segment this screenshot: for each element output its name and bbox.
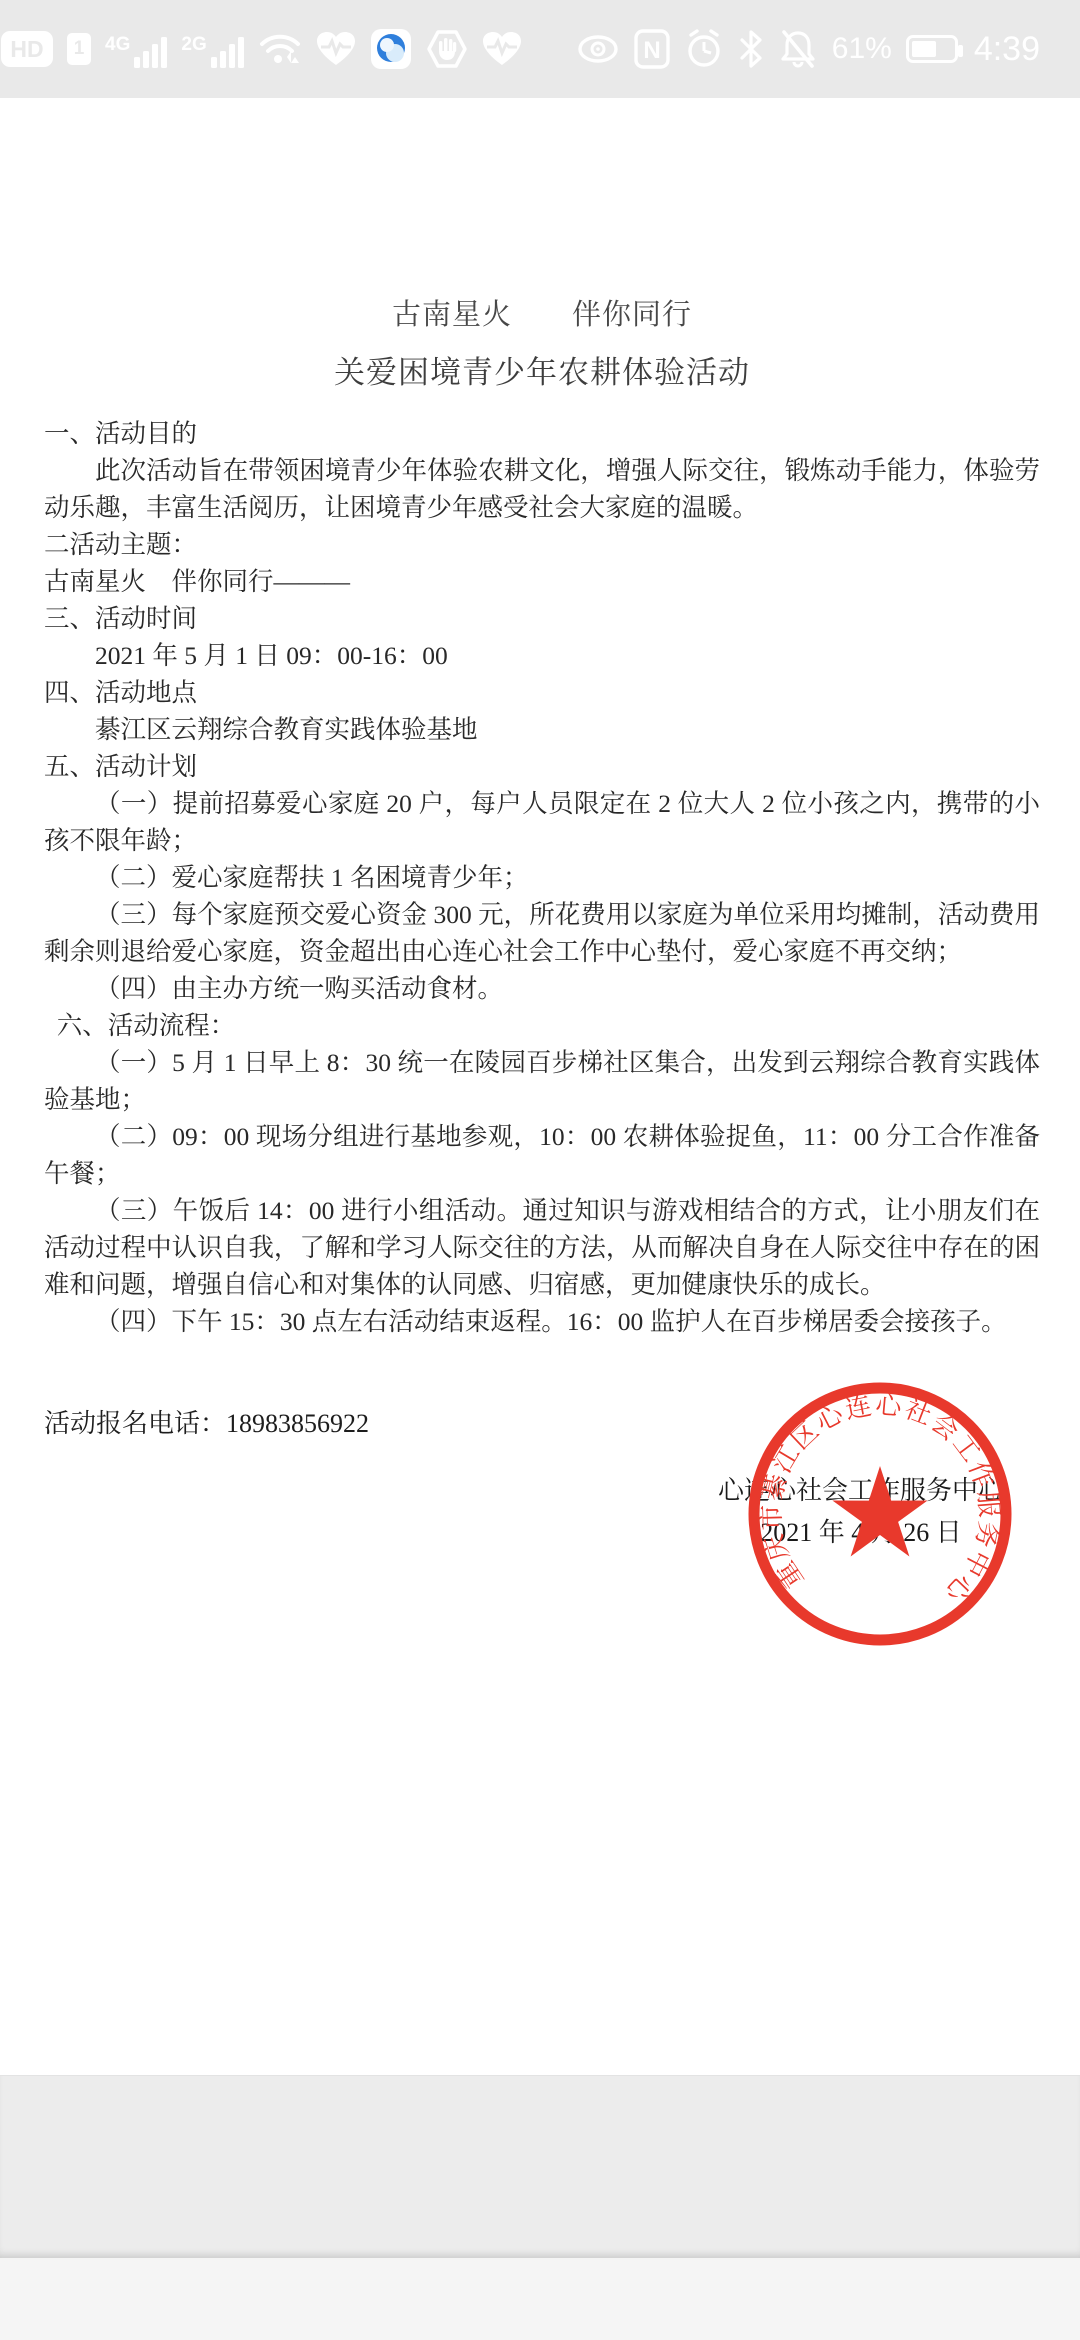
health-heart-icon: [316, 31, 356, 67]
paragraph: 古南星火 伴你同行———: [44, 563, 1040, 600]
signal-2g-icon: 2G: [181, 31, 243, 68]
phone-screen: HD 1 4G 2G: [0, 0, 1080, 2340]
bottom-bar-area: [0, 2258, 1080, 2340]
signal-4g-icon: 4G: [105, 31, 167, 68]
alarm-clock-icon: [684, 29, 724, 69]
paragraph: 二活动主题：: [44, 526, 1040, 563]
official-seal-stamp: 重庆市綦江区心连心社会工作服务中心: [735, 1369, 1025, 1659]
paragraph: 五、活动计划: [44, 748, 1040, 785]
bluetooth-icon: [738, 29, 764, 69]
qq-browser-icon: [370, 28, 412, 70]
document-title-line1: 古南星火 伴你同行: [44, 293, 1040, 337]
paragraph: （二）09：00 现场分组进行基地参观，10：00 农耕体验捉鱼，11：00 分…: [44, 1118, 1040, 1192]
seal-star: [832, 1466, 927, 1557]
nfc-label: N: [643, 37, 660, 64]
paragraph: 三、活动时间: [44, 600, 1040, 637]
signal-2g-label: 2G: [181, 34, 206, 56]
paragraph: 綦江区云翔综合教育实践体验基地: [44, 711, 1040, 748]
paragraph: （三）午饭后 14：00 进行小组活动。通过知识与游戏相结合的方式，让小朋友们在…: [44, 1192, 1040, 1303]
paragraph: （三）每个家庭预交爱心资金 300 元，所花费用以家庭为单位采用均摊制，活动费用…: [44, 896, 1040, 970]
hd-volte-icon: HD: [1, 31, 53, 67]
paragraph: 六、活动流程：: [44, 1007, 1040, 1044]
signal-4g-label: 4G: [105, 34, 130, 56]
document-title-line2: 关爱困境青少年农耕体验活动: [44, 349, 1040, 397]
battery-icon: [906, 35, 958, 63]
battery-fill: [912, 41, 936, 57]
sim-card-1-icon: 1: [67, 33, 91, 65]
eye-comfort-icon: [576, 32, 620, 66]
battery-percent-label: 61%: [832, 32, 892, 66]
battery-nub: [958, 45, 963, 57]
wifi-icon: [258, 30, 302, 68]
paragraph: （一）提前招募爱心家庭 20 户，每户人员限定在 2 位大人 2 位小孩之内，携…: [44, 785, 1040, 859]
paragraphs: 一、活动目的此次活动旨在带领困境青少年体验农耕文化，增强人际交往，锻炼动手能力，…: [44, 415, 1040, 1340]
paragraph: 一、活动目的: [44, 415, 1040, 452]
paragraph: 2021 年 5 月 1 日 09：00-16：00: [44, 637, 1040, 674]
paragraph: （四）下午 15：30 点左右活动结束返程。16：00 监护人在百步梯居委会接孩…: [44, 1303, 1040, 1340]
mute-bell-icon: [778, 29, 818, 69]
nfc-icon: N: [634, 29, 670, 69]
health-heart-icon: [482, 31, 522, 67]
clock-time: 4:39: [974, 30, 1040, 69]
page-end-gray-area: [0, 2075, 1080, 2258]
status-bar: HD 1 4G 2G: [0, 0, 1080, 98]
paragraph: 此次活动旨在带领困境青少年体验农耕文化，增强人际交往，锻炼动手能力，体验劳动乐趣…: [44, 452, 1040, 526]
pause-hand-icon: [426, 29, 468, 69]
paragraph: （一）5 月 1 日早上 8：30 统一在陵园百步梯社区集合，出发到云翔综合教育…: [44, 1044, 1040, 1118]
paragraph: （四）由主办方统一购买活动食材。: [44, 970, 1040, 1007]
document-page[interactable]: 古南星火 伴你同行 关爱困境青少年农耕体验活动 一、活动目的此次活动旨在带领困境…: [0, 98, 1080, 2075]
paragraph: （二）爱心家庭帮扶 1 名困境青少年；: [44, 859, 1040, 896]
paragraph: 四、活动地点: [44, 674, 1040, 711]
